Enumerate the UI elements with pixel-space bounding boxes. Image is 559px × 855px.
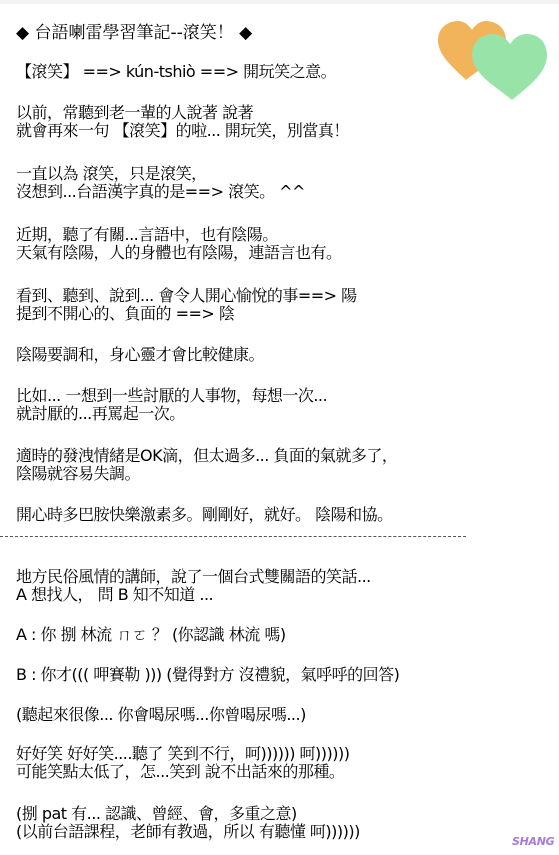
paragraph-line: 比如... 一想到一些討厭的人事物，每想一次... (16, 387, 327, 405)
paragraph: 比如... 一想到一些討厭的人事物，每想一次... 就討厭的...再罵起一次。 (16, 387, 327, 423)
page-title: ◆ 台語喇雷學習筆記--滾笑！ ◆ (16, 23, 252, 43)
story-line: (以前台語課程，老師有教過，所以 有聽懂 呵)))))) (16, 823, 360, 841)
signature: SHANG (512, 835, 554, 848)
definition-line: 【滾笑】 ==> kún-tshiò ==> 開玩笑之意。 (16, 63, 336, 81)
paragraph: 以前，常聽到老一輩的人說著 說著 就會再來一句 【滾笑】的啦... 開玩笑，別當… (16, 104, 349, 140)
story-paragraph: A : 你 捌 林流 ㄇㄛ ？ (你認識 林流 嗎) (16, 626, 286, 644)
story-line: (捌 pat 有... 認識、曾經、會，多重之意) (16, 805, 360, 823)
story-line: (聽起來很像... 你會喝尿嗎...你曾喝尿嗎...) (16, 706, 306, 724)
paragraph-line: 適時的發洩情緒是OK滴，但太過多... 負面的氣就多了， (16, 447, 397, 465)
story-line: A 想找人， 問 B 知不知道 ... (16, 586, 371, 604)
paragraph-line: 一直以為 滾笑，只是滾笑， (16, 165, 305, 183)
story-line: B : 你才((( 呷賽勒 ))) (覺得對方 沒禮貌，氣呼呼的回答) (16, 666, 399, 684)
paragraph-line: 開心時多巴胺快樂激素多。剛剛好，就好。 陰陽和協。 (16, 506, 393, 524)
paragraph-line: 沒想到...台語漢字真的是==> 滾笑。 ^^ (16, 183, 305, 201)
green-heart-icon (472, 34, 547, 100)
paragraph-line: 就討厭的...再罵起一次。 (16, 405, 327, 423)
paragraph: 近期，聽了有關...言語中，也有陰陽。 天氣有陰陽，人的身體也有陰陽，連語言也有… (16, 226, 342, 262)
paragraph-line: 天氣有陰陽，人的身體也有陰陽，連語言也有。 (16, 244, 342, 262)
paragraph: 陰陽要調和，身心靈才會比較健康。 (16, 346, 264, 364)
paragraph-line: 提到不開心的、負面的 ==> 陰 (16, 305, 357, 323)
story-line: 可能笑點太低了，怎...笑到 說不出話來的那種。 (16, 763, 350, 781)
hearts-decoration (436, 18, 548, 104)
story-paragraph: 好好笑 好好笑....聽了 笑到不行，呵)))))) 呵)))))) 可能笑點太… (16, 745, 350, 781)
paragraph-line: 陰陽就容易失調。 (16, 465, 397, 483)
story-line: A : 你 捌 林流 ㄇㄛ ？ (你認識 林流 嗎) (16, 626, 286, 644)
paragraph-line: 近期，聽了有關...言語中，也有陰陽。 (16, 226, 342, 244)
paragraph-line: 看到、聽到、說到... 會令人開心愉悅的事==> 陽 (16, 287, 357, 305)
paragraph: 開心時多巴胺快樂激素多。剛剛好，就好。 陰陽和協。 (16, 506, 393, 524)
story-paragraph: (捌 pat 有... 認識、曾經、會，多重之意) (以前台語課程，老師有教過，… (16, 805, 360, 841)
story-line: 地方民俗風情的講師，說了一個台式雙關語的笑話... (16, 568, 371, 586)
story-line: 好好笑 好好笑....聽了 笑到不行，呵)))))) 呵)))))) (16, 745, 350, 763)
story-paragraph: 地方民俗風情的講師，說了一個台式雙關語的笑話... A 想找人， 問 B 知不知… (16, 568, 371, 604)
paragraph-line: 以前，常聽到老一輩的人說著 說著 (16, 104, 349, 122)
paragraph: 一直以為 滾笑，只是滾笑， 沒想到...台語漢字真的是==> 滾笑。 ^^ (16, 165, 305, 201)
paragraph: 看到、聽到、說到... 會令人開心愉悅的事==> 陽 提到不開心的、負面的 ==… (16, 287, 357, 323)
dashed-divider (0, 536, 466, 537)
top-border (0, 0, 559, 4)
story-paragraph: (聽起來很像... 你會喝尿嗎...你曾喝尿嗎...) (16, 706, 306, 724)
paragraph-line: 就會再來一句 【滾笑】的啦... 開玩笑，別當真！ (16, 122, 349, 140)
paragraph: 適時的發洩情緒是OK滴，但太過多... 負面的氣就多了， 陰陽就容易失調。 (16, 447, 397, 483)
paragraph-line: 陰陽要調和，身心靈才會比較健康。 (16, 346, 264, 364)
story-paragraph: B : 你才((( 呷賽勒 ))) (覺得對方 沒禮貌，氣呼呼的回答) (16, 666, 399, 684)
